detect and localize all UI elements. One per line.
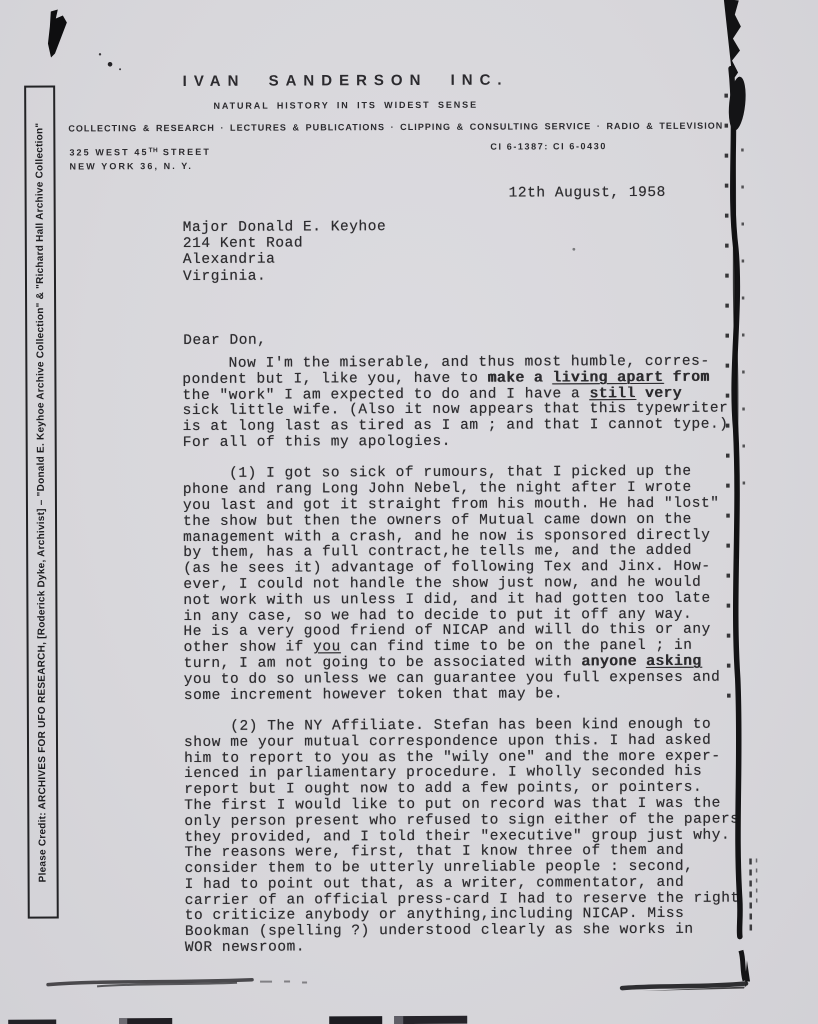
street-number: 325 WEST 45 [69,147,148,157]
letterhead: IVAN SANDERSON INC. NATURAL HISTORY IN I… [0,0,816,2]
letter-body: Now I'm the miserable, and thus most hum… [182,354,785,972]
company-tagline: NATURAL HISTORY IN ITS WIDEST SENSE [53,99,638,112]
company-name: IVAN SANDERSON INC. [53,71,638,91]
paragraph: (1) I got so sick of rumours, that I pic… [183,465,784,705]
letter-line: WOR newsroom. [185,938,785,956]
scanned-letter-page: Please Credit: ARCHIVES FOR UFO RESEARCH… [0,0,818,1024]
street-suffix: STREET [158,147,211,157]
recipient-line: Alexandria [183,252,387,269]
paragraph: (2) The NY Affiliate. Stefan has been ki… [184,717,785,957]
paragraph: Now I'm the miserable, and thus most hum… [182,354,782,451]
salutation: Dear Don, [183,333,266,349]
phone-numbers: CI 6-1387: CI 6-0430 [490,141,607,152]
bottom-edge-marks [8,1016,467,1024]
recipient-line: Major Donald E. Keyhoe [183,219,387,236]
address-block: 325 WEST 45TH STREET NEW YORK 36, N. Y. [69,144,211,174]
letter-line: is at long last as tired as I am ; and t… [183,418,783,436]
corner-flag-mark [48,9,67,57]
address-line-1: 325 WEST 45TH STREET [69,144,211,160]
recipient-line: Virginia. [183,268,387,285]
letter-line: some increment however token that may be… [184,686,784,704]
address-line-2: NEW YORK 36, N. Y. [69,159,211,173]
letter-line: For all of this my apologies. [183,433,783,451]
services-line: COLLECTING & RESEARCH · LECTURES & PUBLI… [68,121,723,134]
bottom-left-smudge [48,979,307,986]
credit-strip-text: Please Credit: ARCHIVES FOR UFO RESEARCH… [34,122,48,882]
street-ordinal-superscript: TH [149,147,159,154]
recipient-line: 214 Kent Road [183,235,387,252]
credit-strip: Please Credit: ARCHIVES FOR UFO RESEARCH… [24,86,59,919]
recipient-block: Major Donald E. Keyhoe214 Kent RoadAlexa… [183,219,387,285]
date-line: 12th August, 1958 [509,185,666,202]
